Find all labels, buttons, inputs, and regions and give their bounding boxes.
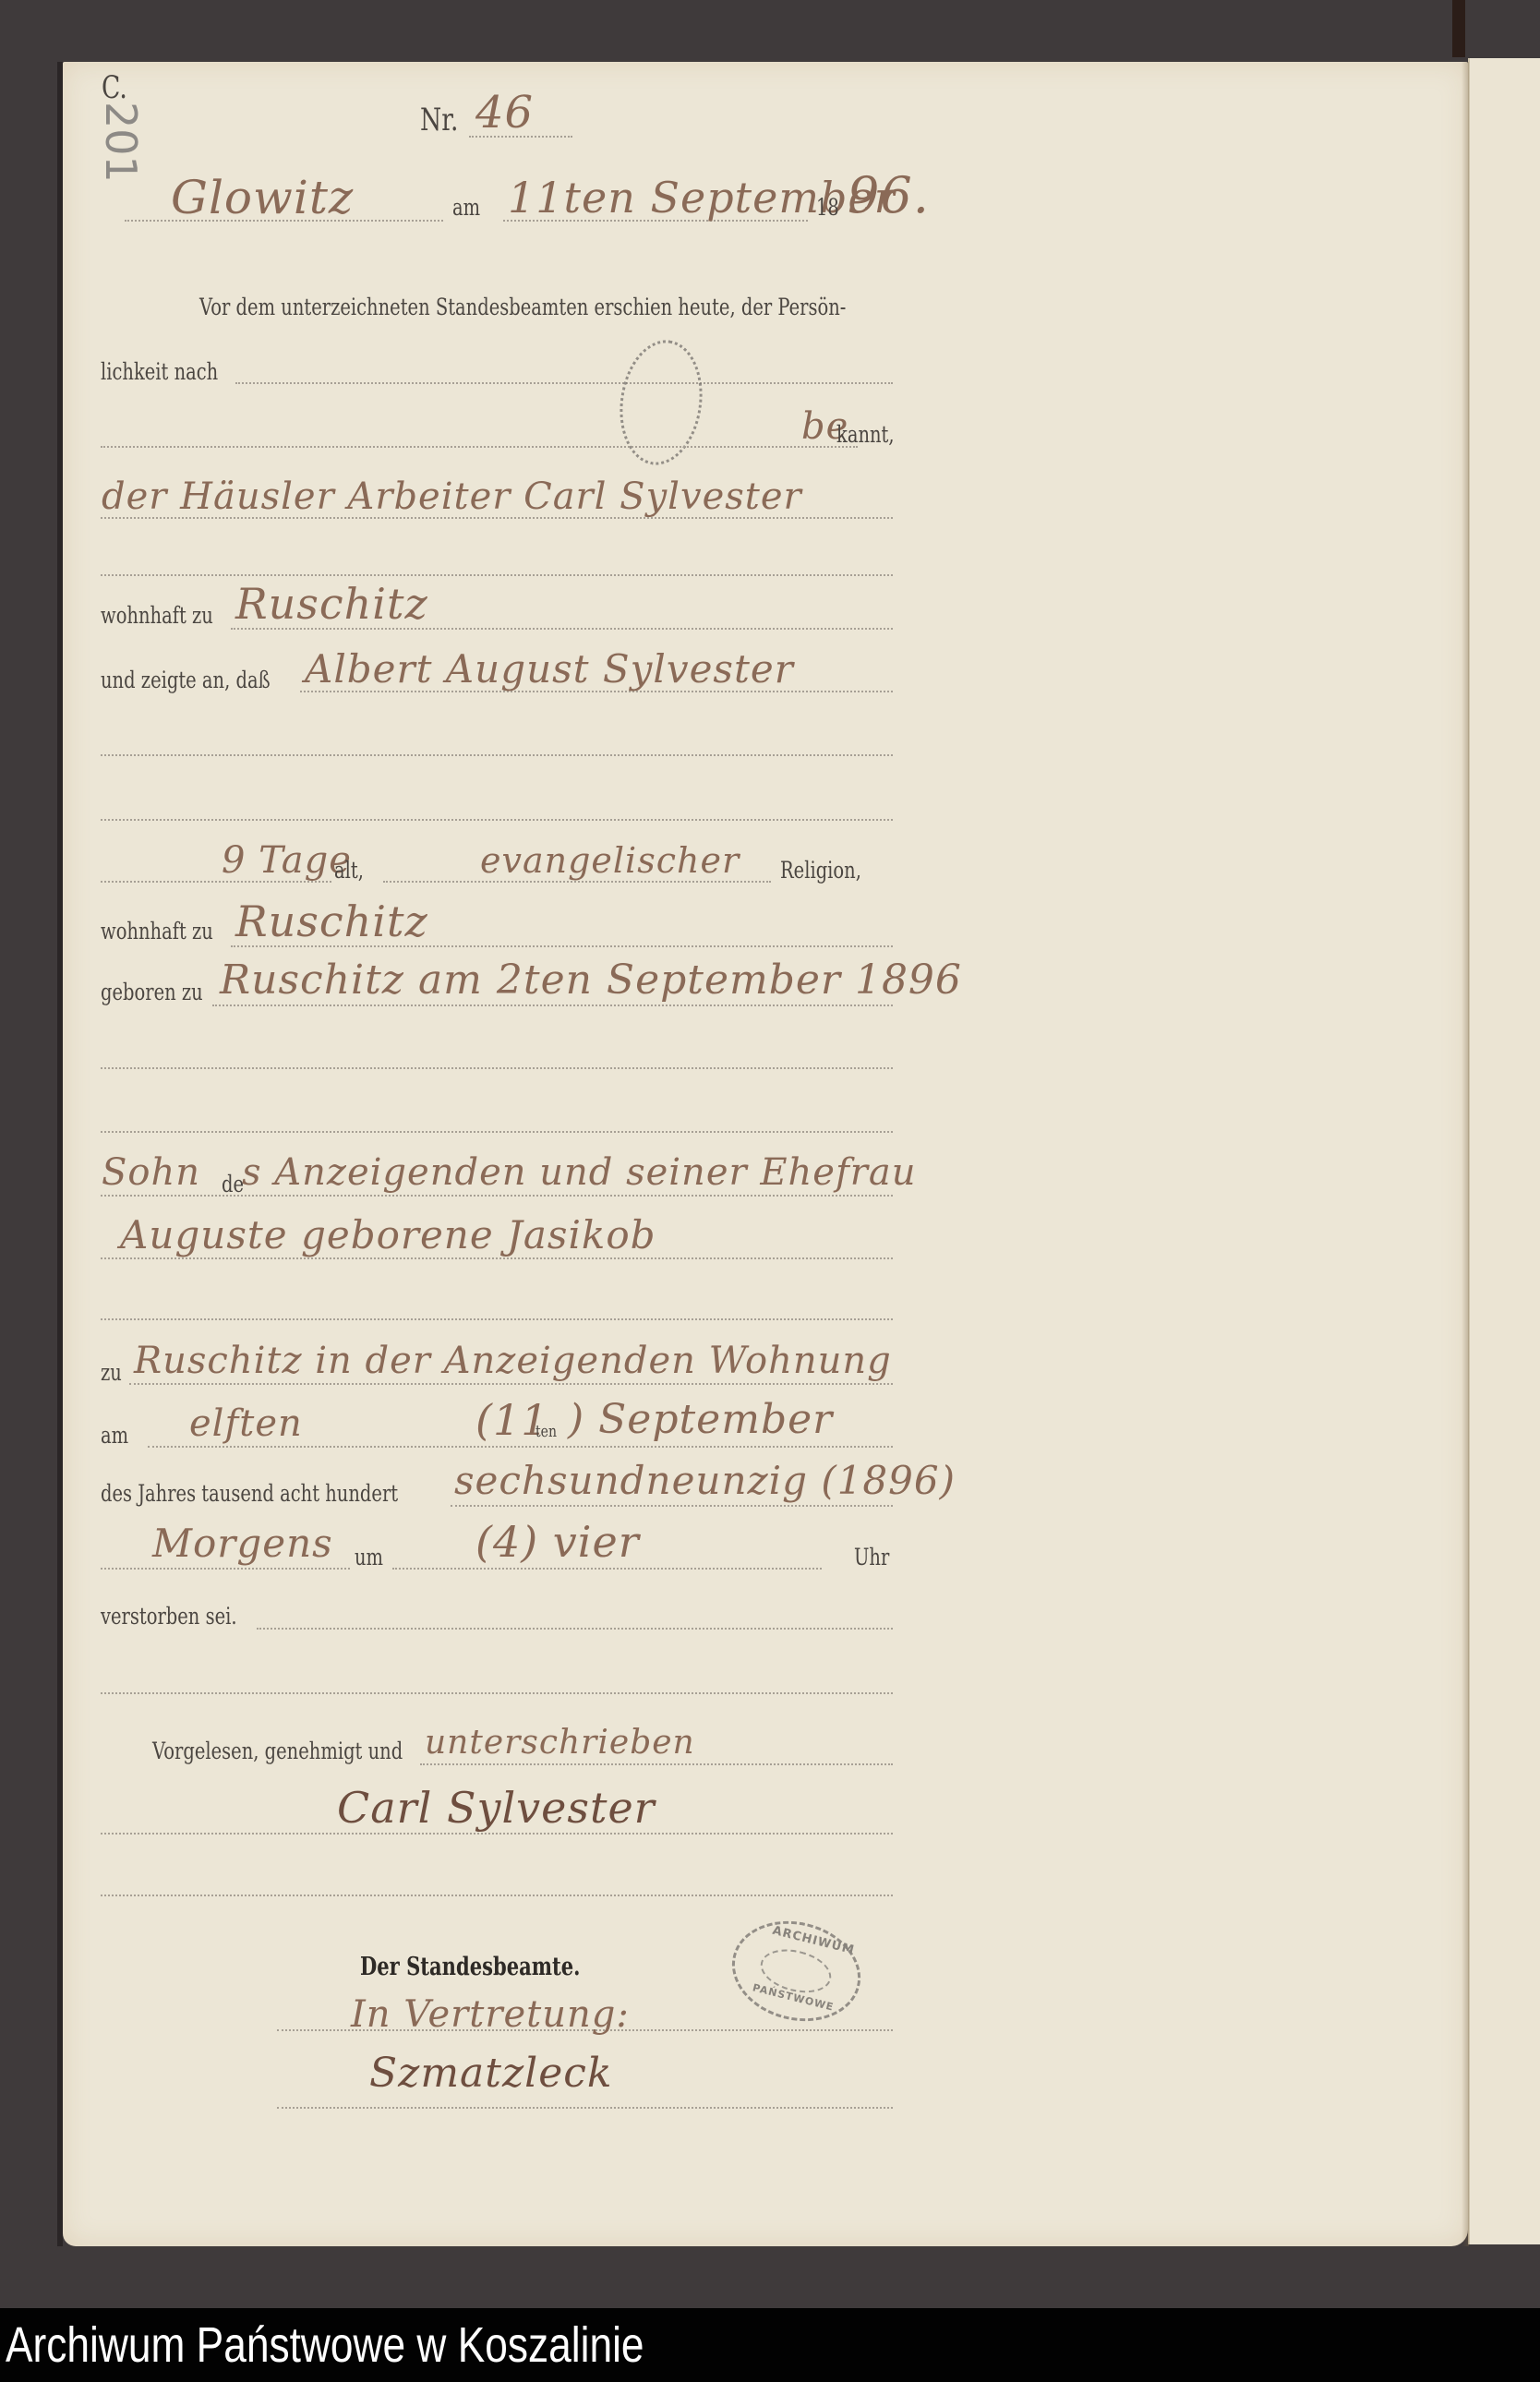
uhr-label: Uhr: [854, 1544, 889, 1571]
death-hour: (4) vier: [475, 1522, 640, 1562]
des-label: de: [222, 1171, 244, 1198]
dotted-line: [277, 2107, 893, 2109]
dotted-line: [101, 1692, 893, 1694]
page-fold: [1462, 62, 1469, 2246]
religion-label: Religion,: [780, 857, 861, 884]
deceased-name: Albert August Sylvester: [305, 649, 794, 690]
death-year: sechsundneunzig (1896): [454, 1461, 956, 1501]
death-month: ) September: [568, 1400, 833, 1440]
official-signature-line-2: Szmatzleck: [369, 2053, 613, 2094]
form-letter: C.: [102, 74, 127, 102]
death-day-words: elften: [189, 1403, 303, 1444]
official-signature-line-1: In Vertretung:: [351, 1994, 630, 2035]
religion: evangelischer: [480, 840, 740, 881]
informant-residence: Ruschitz: [235, 583, 428, 624]
deceased-residence: Ruschitz: [235, 901, 428, 942]
parents-line-2: Auguste geborene Jasikob: [120, 1215, 656, 1256]
residence-label-2: wohnhaft zu: [101, 918, 213, 945]
registry-place: Glowitz: [171, 177, 354, 218]
deceased-age: 9 Tage: [222, 840, 352, 881]
time-of-day: Morgens: [152, 1523, 333, 1564]
dotted-line: [383, 881, 771, 883]
dotted-line: [101, 446, 858, 448]
parents-line-1: s Anzeigenden und seiner Ehefrau: [242, 1152, 917, 1193]
adjacent-page: [1468, 58, 1540, 2244]
bekannt-label: kannt,: [836, 421, 895, 449]
dotted-line: [420, 1763, 893, 1765]
dotted-line: [101, 1833, 893, 1835]
dotted-line: [101, 1318, 893, 1320]
dotted-line: [101, 754, 893, 756]
dotted-line: [101, 1195, 893, 1197]
death-place: Ruschitz in der Anzeigenden Wohnung: [134, 1341, 892, 1381]
birth-label: geboren zu: [101, 979, 203, 1006]
dotted-line: [212, 1005, 893, 1006]
informant-name: der Häusler Arbeiter Carl Sylvester: [102, 476, 802, 517]
year-label: des Jahres tausend acht hundert: [101, 1480, 398, 1508]
intro-text-cont: lichkeit nach: [101, 358, 218, 386]
deceased-label: verstorben sei.: [101, 1603, 237, 1630]
number-label: Nr.: [420, 106, 458, 134]
approval-label: Vorgelesen, genehmigt und: [152, 1738, 403, 1765]
book-spine: [1452, 0, 1465, 57]
year-suffix: 96.: [848, 175, 930, 216]
dotted-line: [257, 1628, 893, 1630]
dotted-line: [235, 382, 893, 384]
dotted-line: [392, 1568, 822, 1570]
informant-signature: Carl Sylvester: [337, 1787, 656, 1828]
dotted-line: [101, 1568, 350, 1570]
am-label-2: am: [101, 1422, 128, 1450]
pencil-folio-number: 201: [96, 102, 146, 183]
dotted-line: [101, 574, 893, 576]
dotted-line: [101, 1067, 893, 1069]
entry-number: 46: [475, 92, 534, 133]
archive-name: Archiwum Państwowe w Koszalinie: [6, 2317, 644, 2373]
relation: Sohn: [102, 1152, 200, 1193]
official-title: Der Standesbeamte.: [360, 1954, 580, 1981]
birth-place-date: Ruschitz am 2ten September 1896: [220, 960, 962, 1001]
death-place-label: zu: [101, 1359, 122, 1387]
announcement-label: und zeigte an, daß: [101, 667, 271, 694]
dotted-line: [101, 1895, 893, 1896]
signed-word: unterschrieben: [425, 1723, 695, 1763]
dotted-line: [148, 1446, 893, 1448]
intro-text: Vor dem unterzeichneten Standesbeamten e…: [199, 294, 846, 321]
um-label: um: [355, 1544, 383, 1571]
death-day-suffix: ten: [535, 1418, 557, 1446]
dotted-line: [101, 819, 893, 821]
am-label: am: [452, 194, 480, 222]
dotted-line: [101, 1131, 893, 1133]
age-label: alt,: [334, 857, 364, 884]
dotted-line: [101, 1257, 893, 1259]
year-prefix: 18: [816, 194, 839, 222]
dotted-line: [451, 1505, 893, 1507]
dotted-line: [129, 1383, 893, 1385]
residence-label: wohnhaft zu: [101, 602, 213, 630]
